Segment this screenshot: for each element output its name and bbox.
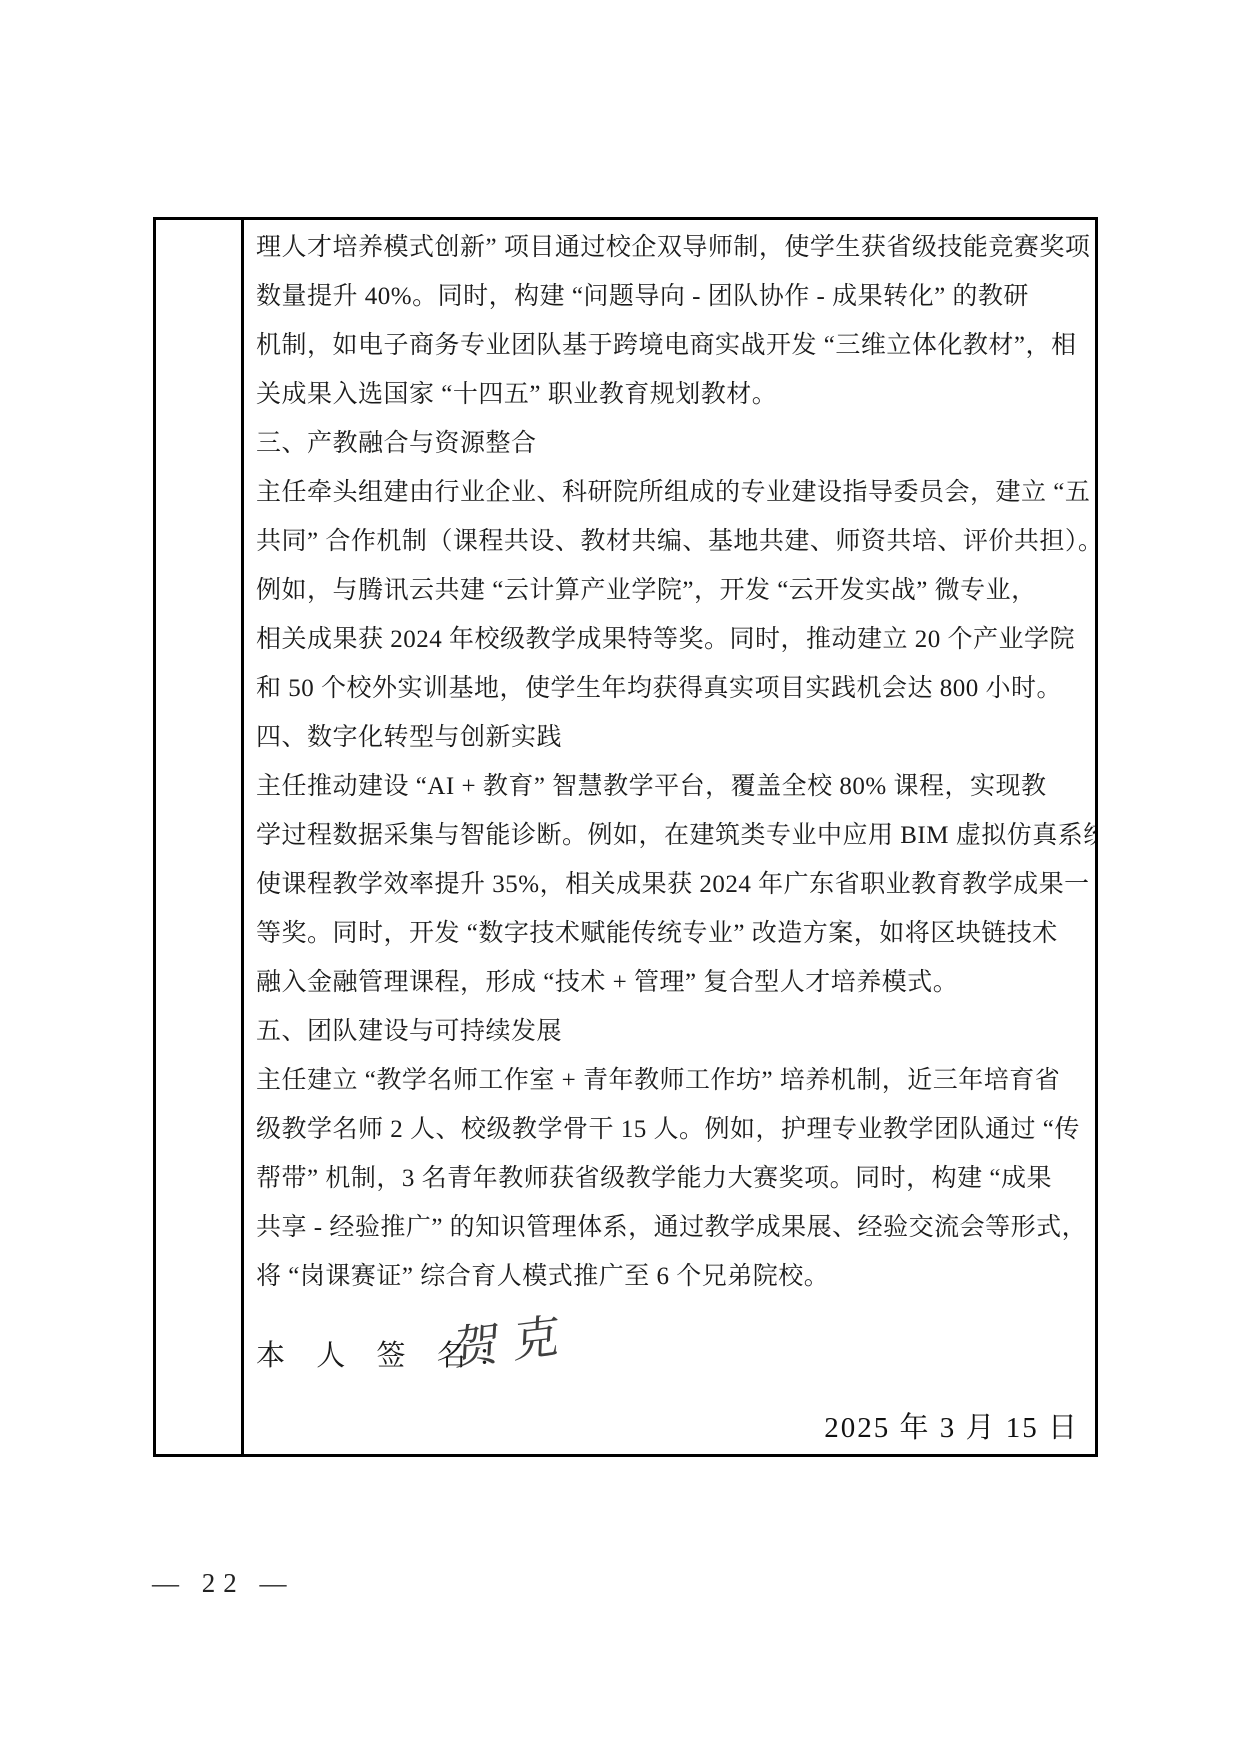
text-line: 相关成果获 2024 年校级教学成果特等奖。同时，推动建立 20 个产业学院 xyxy=(256,615,1087,664)
text-line: 例如，与腾讯云共建 “云计算产业学院”，开发 “云开发实战” 微专业， xyxy=(256,566,1087,615)
text-line: 关成果入选国家 “十四五” 职业教育规划教材。 xyxy=(256,370,1087,419)
text-line: 和 50 个校外实训基地，使学生年均获得真实项目实践机会达 800 小时。 xyxy=(256,664,1087,713)
text-line: 级教学名师 2 人、校级教学骨干 15 人。例如，护理专业教学团队通过 “传 xyxy=(256,1105,1087,1154)
text-line: 主任牵头组建由行业企业、科研院所组成的专业建设指导委员会，建立 “五 xyxy=(256,468,1087,517)
signature-row: 本 人 签 名： 贺克 xyxy=(256,1333,1087,1403)
text-line: 将 “岗课赛证” 综合育人模式推广至 6 个兄弟院校。 xyxy=(256,1252,1087,1301)
text-line: 共享 - 经验推广” 的知识管理体系，通过教学成果展、经验交流会等形式， xyxy=(256,1203,1087,1252)
form-table: 理人才培养模式创新” 项目通过校企双导师制，使学生获省级技能竞赛奖项 数量提升 … xyxy=(153,217,1098,1457)
text-line: 理人才培养模式创新” 项目通过校企双导师制，使学生获省级技能竞赛奖项 xyxy=(256,223,1087,272)
signature-handwriting: 贺克 xyxy=(453,1297,576,1379)
text-line: 融入金融管理课程，形成 “技术 + 管理” 复合型人才培养模式。 xyxy=(256,958,1087,1007)
report-date: 2025 年 3 月 15 日 xyxy=(824,1405,1079,1446)
page-number: — 22 — xyxy=(152,1568,295,1599)
section-heading-4: 四、数字化转型与创新实践 xyxy=(256,713,1087,762)
text-line: 主任建立 “教学名师工作室 + 青年教师工作坊” 培养机制，近三年培育省 xyxy=(256,1056,1087,1105)
text-line: 数量提升 40%。同时，构建 “问题导向 - 团队协作 - 成果转化” 的教研 xyxy=(256,272,1087,321)
form-table-content-cell: 理人才培养模式创新” 项目通过校企双导师制，使学生获省级技能竞赛奖项 数量提升 … xyxy=(244,220,1095,1454)
section-heading-5: 五、团队建设与可持续发展 xyxy=(256,1007,1087,1056)
text-line: 使课程教学效率提升 35%，相关成果获 2024 年广东省职业教育教学成果一 xyxy=(256,860,1087,909)
document-page: 理人才培养模式创新” 项目通过校企双导师制，使学生获省级技能竞赛奖项 数量提升 … xyxy=(0,0,1240,1753)
text-line: 等奖。同时，开发 “数字技术赋能传统专业” 改造方案，如将区块链技术 xyxy=(256,909,1087,958)
text-line: 学过程数据采集与智能诊断。例如，在建筑类专业中应用 BIM 虚拟仿真系统， xyxy=(256,811,1087,860)
form-table-label-column xyxy=(156,220,244,1454)
section-heading-3: 三、产教融合与资源整合 xyxy=(256,419,1087,468)
text-line: 帮带” 机制，3 名青年教师获省级教学能力大赛奖项。同时，构建 “成果 xyxy=(256,1154,1087,1203)
text-line: 机制，如电子商务专业团队基于跨境电商实战开发 “三维立体化教材”，相 xyxy=(256,321,1087,370)
text-line: 共同” 合作机制（课程共设、教材共编、基地共建、师资共培、评价共担）。 xyxy=(256,517,1087,566)
text-line: 主任推动建设 “AI + 教育” 智慧教学平台，覆盖全校 80% 课程，实现教 xyxy=(256,762,1087,811)
